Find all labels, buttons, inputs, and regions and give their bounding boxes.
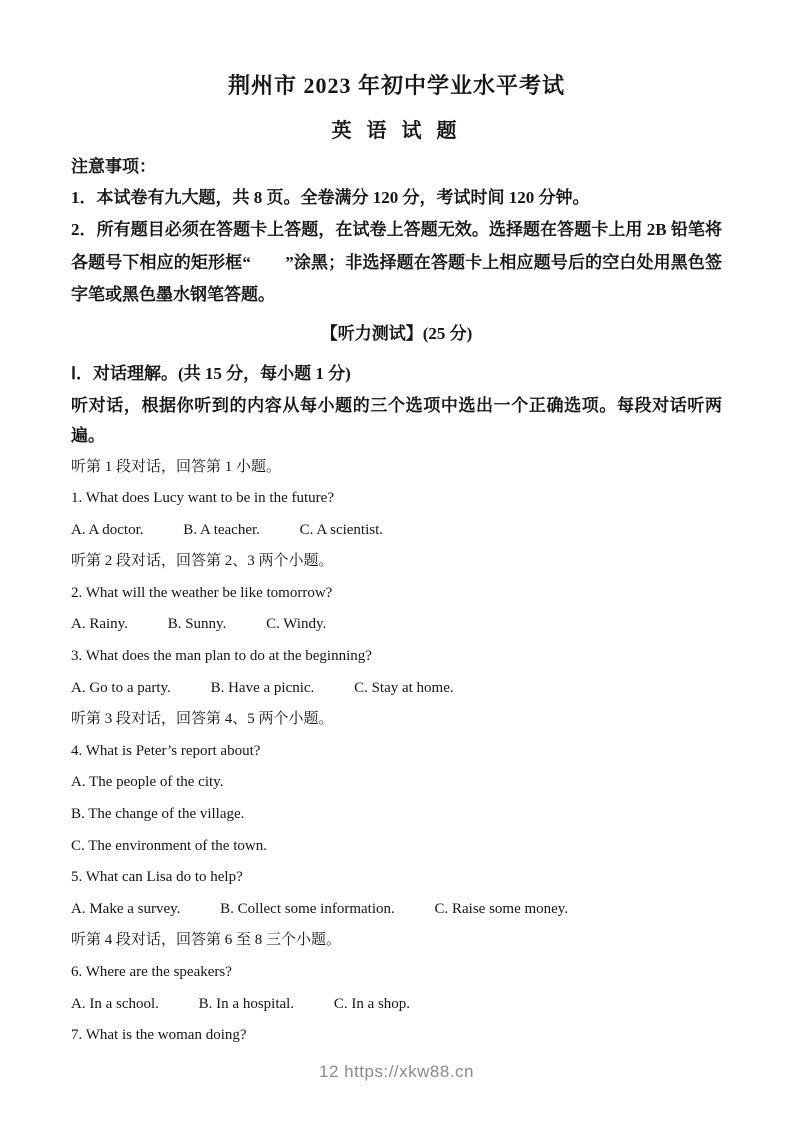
part1-heading: Ⅰ．对话理解。(共 15 分，每小题 1 分): [71, 359, 722, 389]
question-3-option-b: B. Have a picnic.: [211, 673, 315, 705]
question-list: 听第 1 段对话，回答第 1 小题。 1. What does Lucy wan…: [71, 452, 722, 1052]
question-4-option-a: A. The people of the city.: [71, 767, 722, 799]
question-6-text: 6. Where are the speakers?: [71, 957, 722, 989]
question-5-option-c: C. Raise some money.: [434, 894, 568, 926]
exam-paper-page: 荆州市 2023 年初中学业水平考试 英 语 试 题 注意事项： 1．本试卷有九…: [0, 0, 793, 1122]
question-6-option-c: C. In a shop.: [334, 989, 410, 1021]
question-5-option-a: A. Make a survey.: [71, 894, 180, 926]
part1-instruction: 听对话，根据你听到的内容从每小题的三个选项中选出一个正确选项。每段对话听两遍。: [71, 391, 722, 451]
dialogue-cue-4: 听第 4 段对话，回答第 6 至 8 三个小题。: [71, 925, 722, 957]
question-2-option-c: C. Windy.: [266, 609, 326, 641]
notice-heading: 注意事项：: [71, 154, 722, 180]
question-2-text: 2. What will the weather be like tomorro…: [71, 578, 722, 610]
question-1-text: 1. What does Lucy want to be in the futu…: [71, 483, 722, 515]
question-5-option-b: B. Collect some information.: [220, 894, 395, 926]
question-2-options: A. Rainy. B. Sunny. C. Windy.: [71, 609, 722, 641]
question-1-option-a: A. A doctor.: [71, 515, 144, 547]
question-3-text: 3. What does the man plan to do at the b…: [71, 641, 722, 673]
question-7-text: 7. What is the woman doing?: [71, 1020, 722, 1052]
question-1-option-c: C. A scientist.: [300, 515, 383, 547]
question-2-option-b: B. Sunny.: [168, 609, 227, 641]
question-5-options: A. Make a survey. B. Collect some inform…: [71, 894, 722, 926]
question-3-options: A. Go to a party. B. Have a picnic. C. S…: [71, 673, 722, 705]
listening-section-banner: 【听力测试】(25 分): [71, 319, 722, 349]
notice-item-1: 1．本试卷有九大题，共 8 页。全卷满分 120 分，考试时间 120 分钟。: [71, 182, 722, 214]
question-6-option-a: A. In a school.: [71, 989, 159, 1021]
question-4-option-c: C. The environment of the town.: [71, 831, 722, 863]
question-3-option-c: C. Stay at home.: [354, 673, 454, 705]
dialogue-cue-3: 听第 3 段对话，回答第 4、5 两个小题。: [71, 704, 722, 736]
page-subtitle: 英 语 试 题: [71, 116, 722, 146]
dialogue-cue-1: 听第 1 段对话，回答第 1 小题。: [71, 452, 722, 484]
footer-watermark: 12 https://xkw88.cn: [0, 1062, 793, 1082]
question-3-option-a: A. Go to a party.: [71, 673, 171, 705]
question-2-option-a: A. Rainy.: [71, 609, 128, 641]
page-title: 荆州市 2023 年初中学业水平考试: [71, 70, 722, 102]
question-6-option-b: B. In a hospital.: [199, 989, 294, 1021]
question-1-options: A. A doctor. B. A teacher. C. A scientis…: [71, 515, 722, 547]
question-4-option-b: B. The change of the village.: [71, 799, 722, 831]
question-6-options: A. In a school. B. In a hospital. C. In …: [71, 989, 722, 1021]
page-content: 荆州市 2023 年初中学业水平考试 英 语 试 题 注意事项： 1．本试卷有九…: [0, 0, 793, 1052]
notice-item-2: 2．所有题目必须在答题卡上答题，在试卷上答题无效。选择题在答题卡上用 2B 铅笔…: [71, 214, 722, 312]
dialogue-cue-2: 听第 2 段对话，回答第 2、3 两个小题。: [71, 546, 722, 578]
question-1-option-b: B. A teacher.: [183, 515, 260, 547]
question-5-text: 5. What can Lisa do to help?: [71, 862, 722, 894]
question-4-text: 4. What is Peter’s report about?: [71, 736, 722, 768]
